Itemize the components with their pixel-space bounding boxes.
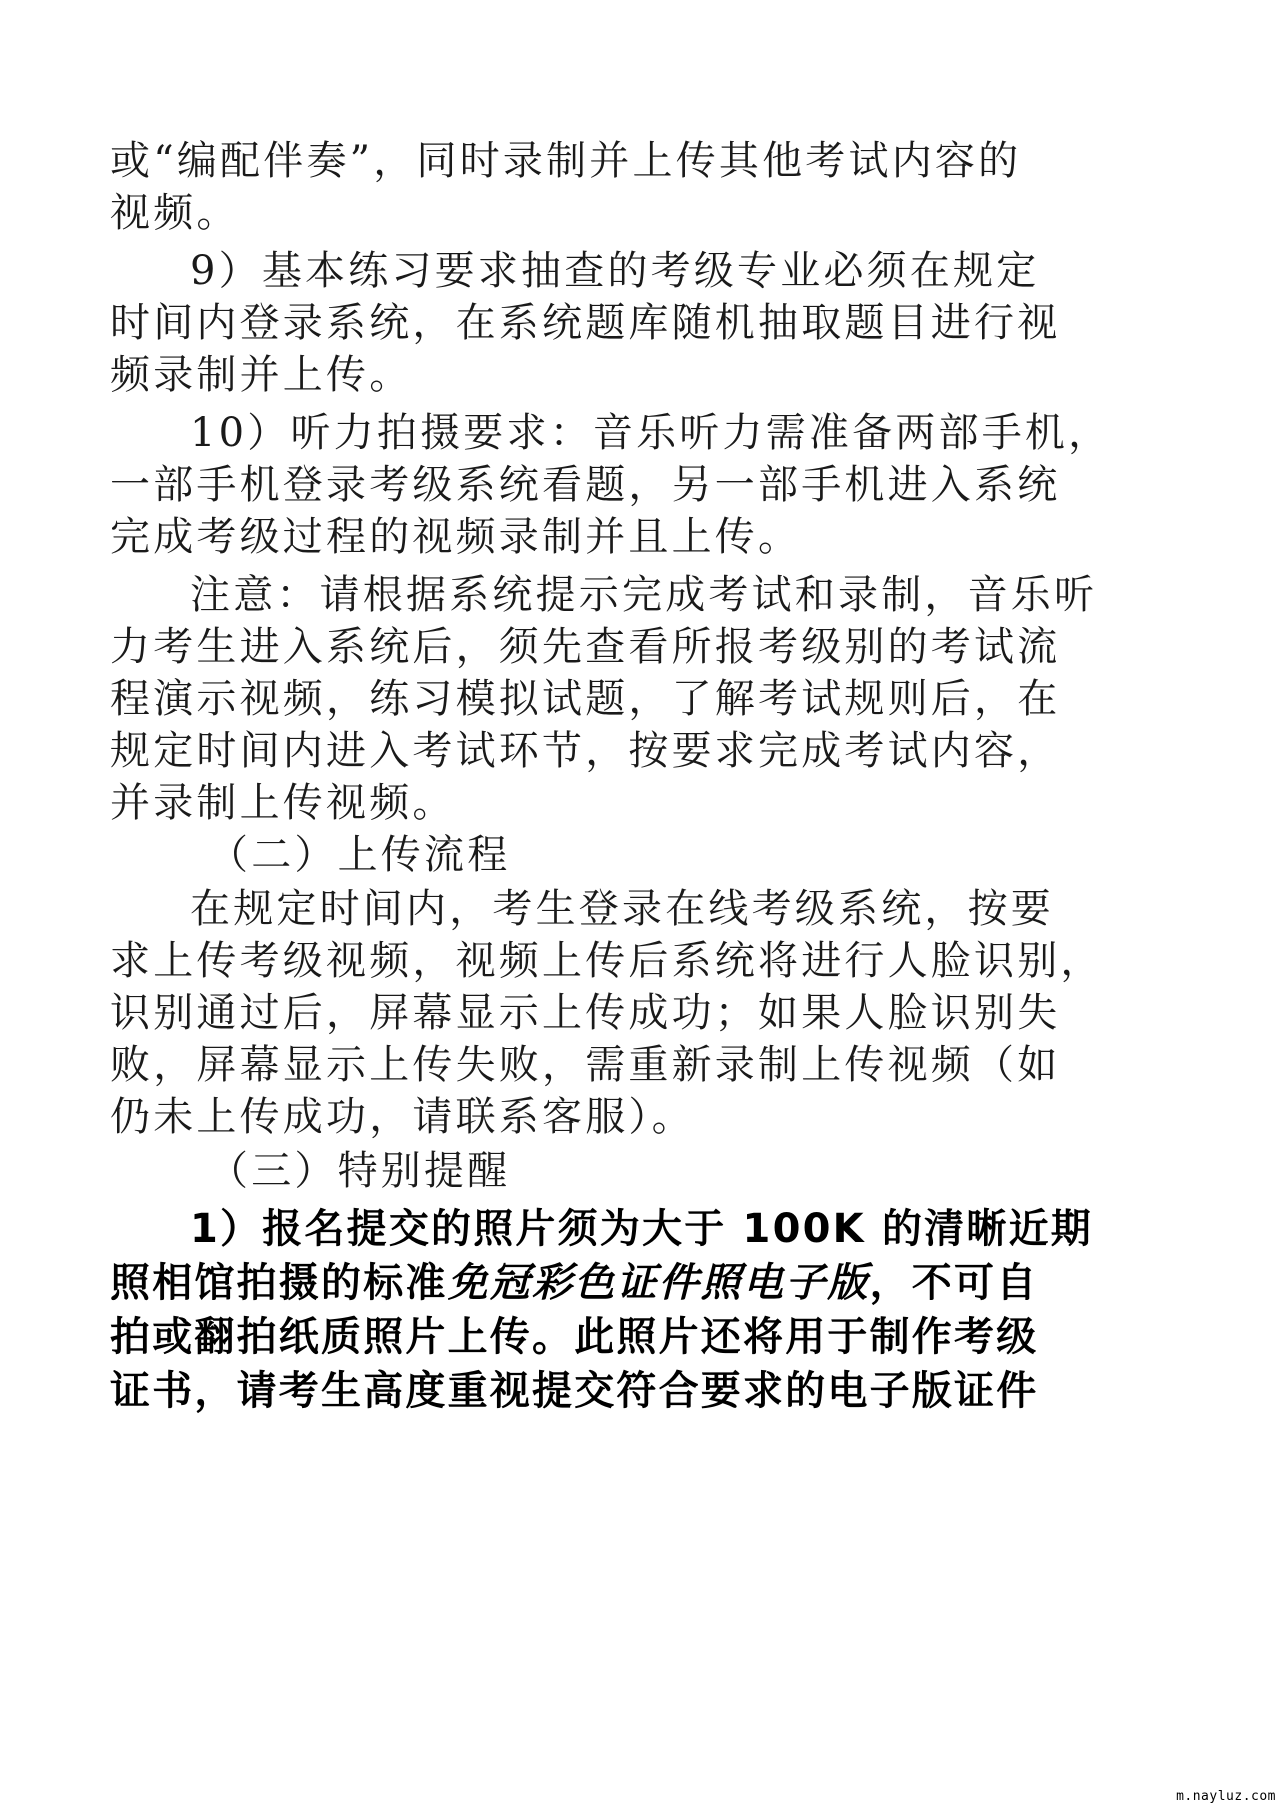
- text-line: 在规定时间内，考生登录在线考级系统，按要: [190, 884, 1054, 934]
- text-line: 频录制并上传。: [110, 350, 412, 400]
- text-line: 仍未上传成功，请联系客服）。: [110, 1092, 695, 1142]
- text-line: 或“编配伴奏”，同时录制并上传其他考试内容的: [110, 136, 1021, 186]
- section-heading-upload-process: （二）上传流程: [208, 830, 510, 880]
- text-line: 识别通过后，屏幕显示上传成功；如果人脸识别失: [110, 988, 1060, 1038]
- text-line: 10）听力拍摄要求：音乐听力需准备两部手机，: [190, 408, 1111, 458]
- text-line: 9）基本练习要求抽查的考级专业必须在规定: [190, 246, 1039, 296]
- text-line: 规定时间内进入考试环节，按要求完成考试内容，: [110, 726, 1060, 776]
- section-heading-special-reminder: （三）特别提醒: [208, 1146, 510, 1196]
- bold-text-segment: 照相馆拍摄的标准: [110, 1260, 448, 1306]
- bold-text-line: 1）报名提交的照片须为大于 100K 的清晰近期: [190, 1204, 1093, 1254]
- text-line: 败，屏幕显示上传失败，需重新录制上传视频（如: [110, 1040, 1060, 1090]
- watermark: m.nayluz.com: [1176, 1789, 1276, 1804]
- text-line: 力考生进入系统后，须先查看所报考级别的考试流: [110, 622, 1060, 672]
- text-line: 视频。: [110, 188, 240, 238]
- text-line: 时间内登录系统，在系统题库随机抽取题目进行视: [110, 298, 1060, 348]
- bold-text-segment: ，不可自: [870, 1260, 1039, 1306]
- document-page: 或“编配伴奏”，同时录制并上传其他考试内容的 视频。 9）基本练习要求抽查的考级…: [0, 0, 1280, 1810]
- text-line: 求上传考级视频，视频上传后系统将进行人脸识别，: [110, 936, 1104, 986]
- bold-text-line: 照相馆拍摄的标准免冠彩色证件照电子版，不可自: [110, 1258, 1038, 1308]
- emphasis-photo-requirement: 免冠彩色证件照电子版: [448, 1260, 870, 1306]
- text-line: 注意：请根据系统提示完成考试和录制，音乐听: [190, 570, 1097, 620]
- text-line: 程演示视频，练习模拟试题，了解考试规则后，在: [110, 674, 1060, 724]
- bold-text-line: 拍或翻拍纸质照片上传。此照片还将用于制作考级: [110, 1312, 1038, 1362]
- text-line: 并录制上传视频。: [110, 778, 456, 828]
- bold-text-line: 证书，请考生高度重视提交符合要求的电子版证件: [110, 1366, 1038, 1416]
- text-line: 完成考级过程的视频录制并且上传。: [110, 512, 801, 562]
- text-line: 一部手机登录考级系统看题，另一部手机进入系统: [110, 460, 1060, 510]
